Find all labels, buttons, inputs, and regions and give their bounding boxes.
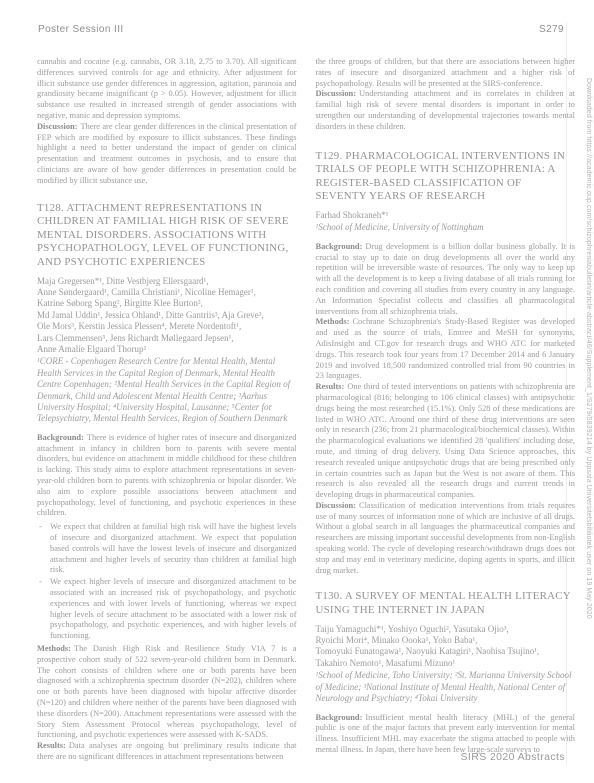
authors-line: Md Jamal Uddin¹, Jessica Ohland¹, Ditte … [37, 310, 297, 321]
background-label: Background: [316, 713, 363, 722]
background-text: Drug development is a billion dollar bus… [316, 242, 576, 316]
page-header: Poster Session III S279 [38, 24, 564, 35]
discussion-text: There are clear gender differences in th… [37, 122, 297, 185]
continuation-paragraph: the three groups of children, but that t… [316, 57, 576, 89]
authors-line: Anne Amalie Elgaard Thorup² [37, 344, 297, 355]
background-label: Background: [316, 242, 363, 251]
abstract-title: T128. ATTACHMENT REPRESENTATIONS IN CHIL… [37, 202, 297, 270]
authors-block: Taiju Yamaguchi*¹, Yoshiyo Oguchi², Yasu… [316, 624, 576, 670]
authors-line: Anne Søndergaard¹, Camilla Christiani¹, … [37, 287, 297, 298]
discussion-paragraph: Discussion:There are clear gender differ… [37, 122, 297, 187]
results-label: Results: [37, 741, 66, 750]
abstract-title: T130. A SURVEY OF MENTAL HEALTH LITERACY… [316, 590, 576, 617]
results-text: Data analyses are ongoing but preliminar… [37, 741, 297, 761]
authors-line: Tomoyuki Funatogawa¹, Naoyuki Katagiri¹,… [316, 646, 576, 657]
continuation-paragraph: cannabis and cocaine (e.g. cannabis, OR … [37, 57, 297, 122]
abstract-t130: T130. A SURVEY OF MENTAL HEALTH LITERACY… [316, 590, 576, 755]
left-column: cannabis and cocaine (e.g. cannabis, OR … [37, 57, 297, 763]
authors-line: Lars Clemmensen⁵, Jens Richardt Møllegaa… [37, 333, 297, 344]
footer-label: SIRS 2020 Abstracts [461, 751, 565, 763]
abstract-t128: T128. ATTACHMENT REPRESENTATIONS IN CHIL… [37, 202, 297, 763]
abstract-t129: T129. PHARMACOLOGICAL INTERVENTIONS IN T… [316, 150, 576, 577]
background-text: There is evidence of higher rates of ins… [37, 433, 297, 518]
authors-line: Maja Gregersen*¹, Ditte Vestbjerg Ellers… [37, 276, 297, 287]
methods-paragraph: Methods:Cochrane Schizophrenia's Study-B… [316, 317, 576, 382]
discussion-label: Discussion: [316, 501, 357, 510]
background-label: Background: [37, 433, 84, 442]
discussion-text: Classification of medication interventio… [316, 501, 576, 575]
background-paragraph: Background:There is evidence of higher r… [37, 433, 297, 519]
abstract-title: T129. PHARMACOLOGICAL INTERVENTIONS IN T… [316, 150, 576, 204]
bullet-dash: - [37, 522, 50, 576]
hypotheses-list: - We expect that children at familial hi… [37, 522, 297, 642]
results-paragraph: Results:One third of tested intervention… [316, 382, 576, 501]
right-column: the three groups of children, but that t… [316, 57, 576, 763]
page-number: S279 [539, 24, 564, 35]
methods-label: Methods: [37, 644, 71, 653]
two-column-body: cannabis and cocaine (e.g. cannabis, OR … [37, 57, 575, 763]
session-title: Poster Session III [38, 24, 124, 35]
discussion-label: Discussion: [316, 89, 357, 98]
list-item: - We expect that children at familial hi… [37, 522, 297, 576]
authors-line: Ole Mors³, Kerstin Jessica Plessen⁴, Mer… [37, 321, 297, 332]
results-paragraph: Results:Data analyses are ongoing but pr… [37, 741, 297, 763]
list-item-text: We expect higher levels of insecure and … [50, 577, 297, 642]
download-watermark: Downloaded from https://academic.oup.com… [585, 78, 592, 619]
authors-line: Ryoichi Mori⁴, Minako Oooka¹, Yoko Baba¹… [316, 635, 576, 646]
list-item-text: We expect that children at familial high… [50, 522, 297, 576]
affiliations: ¹School of Medicine, University of Notti… [316, 222, 576, 233]
list-item: - We expect higher levels of insecure an… [37, 577, 297, 642]
bullet-dash: - [37, 577, 50, 642]
background-paragraph: Background:Drug development is a billion… [316, 242, 576, 318]
authors-line: Takahiro Nemoto¹, Masafumi Mizuno¹ [316, 658, 576, 669]
methods-label: Methods: [316, 317, 350, 326]
results-label: Results: [316, 382, 345, 391]
methods-text: Cochrane Schizophrenia's Study-Based Reg… [316, 317, 576, 380]
methods-text: The Danish High Risk and Resilience Stud… [37, 644, 297, 739]
authors-line: Katrine Søborg Spang², Birgitte Klee Bur… [37, 298, 297, 309]
affiliations: ¹CORE - Copenhagen Research Centre for M… [37, 356, 297, 424]
methods-paragraph: Methods:The Danish High Risk and Resilie… [37, 644, 297, 741]
authors-block: Farhad Shokraneh*¹ [316, 210, 576, 221]
affiliations: ¹School of Medicine, Toho University; ²S… [316, 670, 576, 704]
abstracts-page: Poster Session III S279 cannabis and coc… [0, 0, 594, 783]
discussion-paragraph: Discussion:Understanding attachment and … [316, 89, 576, 132]
discussion-paragraph: Discussion:Classification of medication … [316, 501, 576, 577]
discussion-label: Discussion: [37, 122, 78, 131]
background-paragraph: Background:Insufficient mental health li… [316, 713, 576, 756]
authors-line: Farhad Shokraneh*¹ [316, 210, 576, 221]
results-text: One third of tested interventions on pat… [316, 382, 576, 499]
authors-line: Taiju Yamaguchi*¹, Yoshiyo Oguchi², Yasu… [316, 624, 576, 635]
authors-block: Maja Gregersen*¹, Ditte Vestbjerg Ellers… [37, 276, 297, 356]
